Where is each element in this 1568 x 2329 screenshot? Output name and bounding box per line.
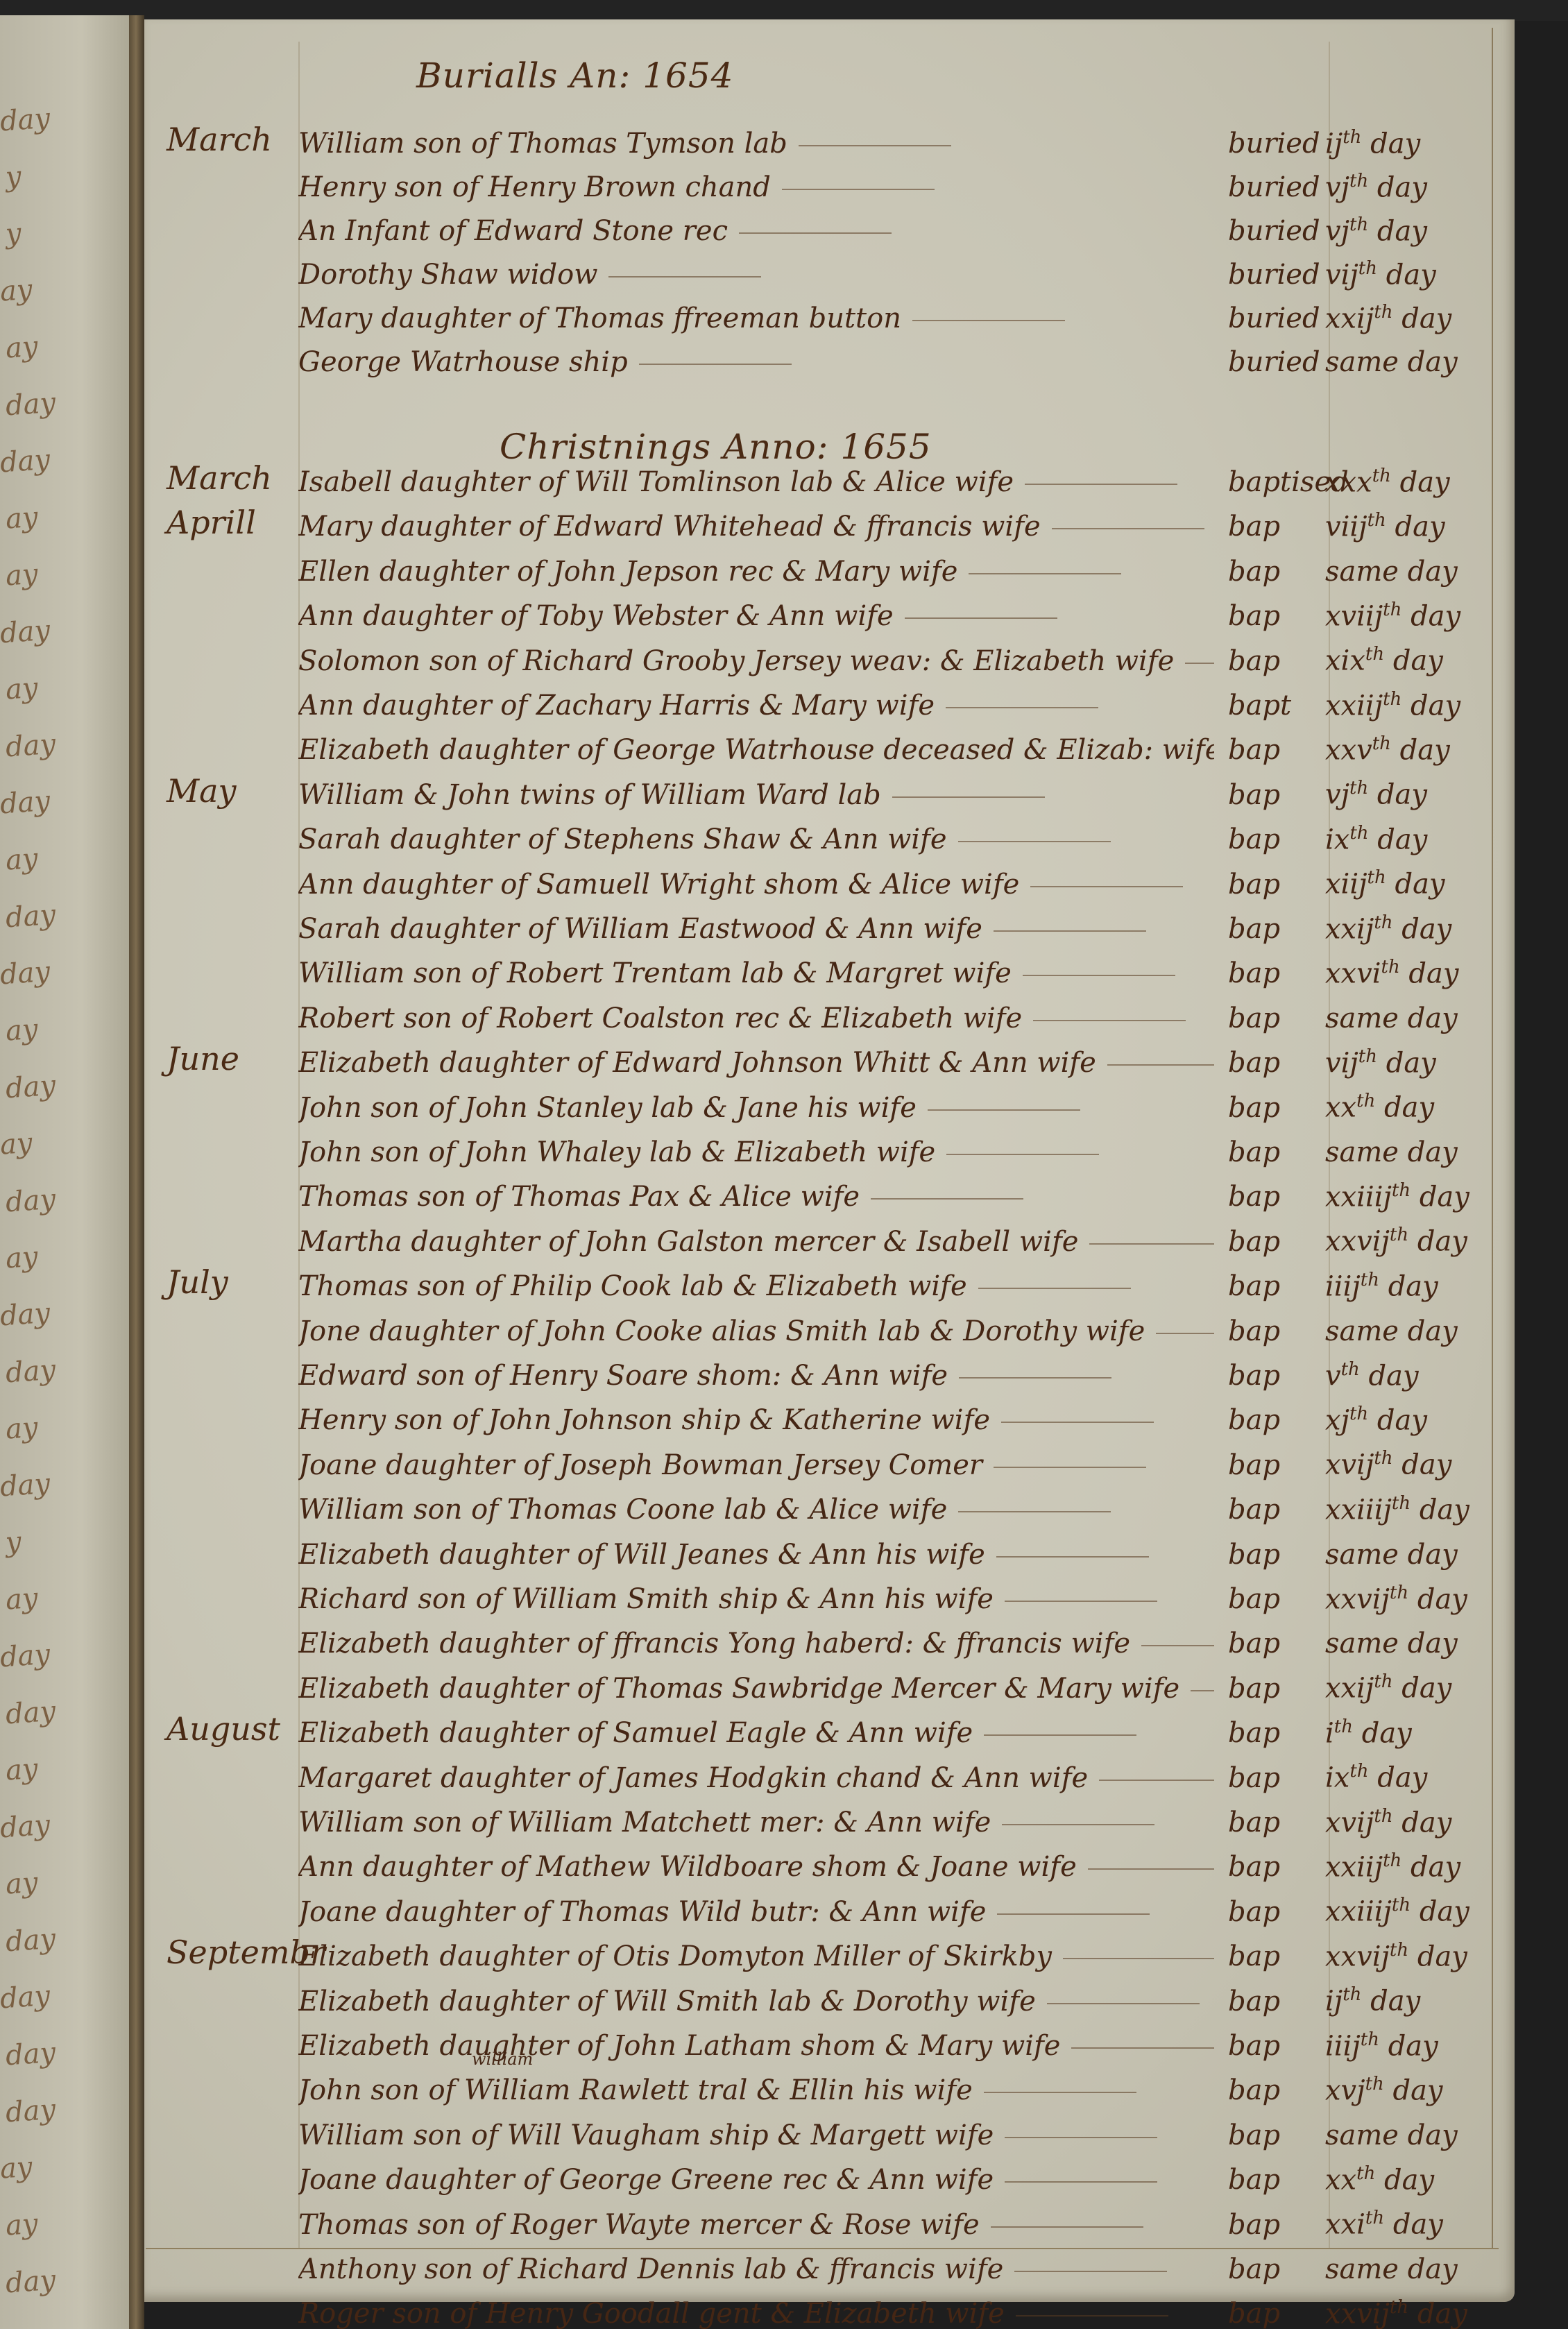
- month-label: May: [167, 772, 237, 810]
- register-entry-row: Ann daughter of Toby Webster & Ann wifeb…: [298, 590, 1499, 632]
- act-label: bap: [1228, 824, 1280, 855]
- entry-text: Ann daughter of Samuell Wright shom & Al…: [298, 869, 1214, 901]
- act-label: bap: [1228, 913, 1280, 945]
- register-entry-row: William son of Thomas Coone lab & Alice …: [298, 1484, 1499, 1526]
- book-gutter: [129, 15, 144, 2329]
- day-of-month: xxvth day: [1325, 733, 1450, 766]
- register-entry-row: Thomas son of Philip Cook lab & Elizabet…: [298, 1261, 1499, 1302]
- day-of-month: xvijth day: [1325, 1806, 1451, 1839]
- day-of-month: vjth day: [1325, 214, 1427, 247]
- month-label: June: [167, 1040, 239, 1077]
- day-of-month: xviijth day: [1325, 599, 1460, 632]
- register-entry-row: William son of Robert Trentam lab & Marg…: [298, 948, 1499, 989]
- entry-text: William son of Robert Trentam lab & Marg…: [298, 957, 1214, 989]
- register-entry-row: Jone daughter of John Cooke alias Smith …: [298, 1306, 1499, 1347]
- act-label: bap: [1228, 1539, 1280, 1571]
- register-entry-row: Solomon son of Richard Grooby Jersey wea…: [298, 635, 1499, 677]
- register-entry-row: Elizabeth daughter of Edward Johnson Whi…: [298, 1037, 1499, 1079]
- line-filler-dash: [639, 364, 792, 365]
- line-filler-dash: [991, 2226, 1143, 2228]
- register-entry-row: William son of William Matchett mer: & A…: [298, 1797, 1499, 1839]
- facing-page-day-fragment: day: [4, 2264, 56, 2300]
- register-entry-row: Ann daughter of Samuell Wright shom & Al…: [298, 859, 1499, 901]
- act-label: bap: [1228, 1003, 1280, 1034]
- register-entry-row: Mary daughter of Edward Whitehead & ffra…: [298, 501, 1499, 543]
- act-label: bap: [1228, 1717, 1280, 1749]
- entry-text: Elizabeth daughter of ffrancis Yong habe…: [298, 1628, 1214, 1660]
- act-label: buried: [1228, 346, 1320, 378]
- day-of-month: same day: [1325, 2119, 1458, 2151]
- line-filler-dash: [1025, 484, 1177, 485]
- entry-text: Roger son of Henry Goodall gent & Elizab…: [298, 2298, 1214, 2329]
- entry-text: Elizabeth daughter of Will Jeanes & Ann …: [298, 1539, 1214, 1571]
- register-entry-row: Edward son of Henry Soare shom: & Ann wi…: [298, 1350, 1499, 1392]
- line-filler-dash: [1001, 1422, 1154, 1423]
- entry-text: Jone daughter of John Cooke alias Smith …: [298, 1315, 1214, 1347]
- act-label: buried: [1228, 128, 1320, 160]
- register-entry-row: Thomas son of Roger Wayte mercer & Rose …: [298, 2199, 1499, 2241]
- line-filler-dash: [1063, 1958, 1214, 1959]
- entry-text: Solomon son of Richard Grooby Jersey wea…: [298, 645, 1214, 677]
- register-entry-row: Dorothy Shaw widowburiedvijth day: [298, 249, 1499, 291]
- day-of-month: same day: [1325, 2253, 1458, 2285]
- entry-text: Henry son of John Johnson ship & Katheri…: [298, 1404, 1214, 1436]
- register-entry-row: William & John twins of William Ward lab…: [298, 769, 1499, 811]
- facing-page-day-fragment: ay: [0, 2151, 33, 2185]
- line-filler-dash: [1047, 2003, 1200, 2004]
- line-filler-dash: [1014, 2271, 1167, 2272]
- entry-text: Anthony son of Richard Dennis lab & ffra…: [298, 2253, 1214, 2285]
- facing-page-day-fragment: day: [4, 2094, 56, 2129]
- entry-text: Thomas son of Philip Cook lab & Elizabet…: [298, 1270, 1214, 1302]
- line-filler-dash: [1005, 2137, 1157, 2138]
- entry-text: William & John twins of William Ward lab: [298, 779, 1214, 811]
- entry-text: Martha daughter of John Galston mercer &…: [298, 1226, 1214, 1258]
- act-label: bap: [1228, 2030, 1280, 2062]
- day-of-month: xxijth day: [1325, 912, 1451, 945]
- entry-text: Elizabeth daughter of John Latham shom &…: [298, 2030, 1214, 2062]
- line-filler-dash: [984, 2092, 1136, 2093]
- facing-page-day-fragment: day: [0, 1639, 51, 1674]
- facing-page-day-fragment: day: [0, 1468, 51, 1503]
- register-entry-row: Richard son of William Smith ship & Ann …: [298, 1573, 1499, 1615]
- entry-text: Ann daughter of Toby Webster & Ann wife: [298, 600, 1214, 632]
- day-of-month: vjth day: [1325, 171, 1427, 203]
- act-label: bap: [1228, 556, 1280, 588]
- entry-text: Ann daughter of Zachary Harris & Mary wi…: [298, 690, 1214, 722]
- entry-text: John son of John Stanley lab & Jane his …: [298, 1092, 1214, 1124]
- register-entry-row: Robert son of Robert Coalston rec & Eliz…: [298, 993, 1499, 1034]
- entry-text: Joane daughter of Thomas Wild butr: & An…: [298, 1896, 1214, 1928]
- entry-text: Henry son of Henry Brown chand: [298, 171, 1214, 203]
- entry-text: Dorothy Shaw widow: [298, 259, 1214, 291]
- register-entry-row: Elizabeth daughter of ffrancis Yong habe…: [298, 1618, 1499, 1660]
- entry-text: Joane daughter of Joseph Bowman Jersey C…: [298, 1449, 1214, 1481]
- act-label: bap: [1228, 645, 1280, 677]
- facing-page-day-fragment: ay: [4, 1013, 39, 1047]
- line-filler-dash: [1141, 1645, 1214, 1646]
- line-filler-dash: [994, 930, 1146, 932]
- act-label: bap: [1228, 1628, 1280, 1660]
- register-entry-row: Henry son of John Johnson ship & Katheri…: [298, 1394, 1499, 1436]
- day-of-month: iiijth day: [1325, 1270, 1438, 1302]
- line-filler-dash: [905, 617, 1057, 619]
- day-of-month: xxiijth day: [1325, 689, 1460, 722]
- facing-page-day-fragment: ay: [4, 672, 39, 706]
- act-label: bap: [1228, 1449, 1280, 1481]
- day-of-month: vijth day: [1325, 1046, 1436, 1079]
- day-of-month: vth day: [1325, 1359, 1419, 1392]
- act-label: buried: [1228, 302, 1320, 334]
- facing-page-day-fragment: ay: [4, 1866, 39, 1900]
- day-of-month: ijth day: [1325, 1984, 1420, 2017]
- facing-page-day-fragment: day: [4, 1184, 56, 1219]
- entry-text: Joane daughter of George Greene rec & An…: [298, 2164, 1214, 2196]
- day-of-month: xxvijth day: [1325, 2297, 1467, 2329]
- entry-text: William son of Will Vaugham ship & Marge…: [298, 2119, 1214, 2151]
- act-label: bap: [1228, 1404, 1280, 1436]
- line-filler-dash: [739, 232, 892, 234]
- act-label: bap: [1228, 2119, 1280, 2151]
- day-of-month: xxvijth day: [1325, 1582, 1467, 1615]
- entry-text: Ellen daughter of John Jepson rec & Mary…: [298, 556, 1214, 588]
- act-label: bap: [1228, 2209, 1280, 2241]
- line-filler-dash: [608, 276, 761, 278]
- entry-text: Robert son of Robert Coalston rec & Eliz…: [298, 1003, 1214, 1034]
- act-label: bap: [1228, 1226, 1280, 1258]
- register-entry-row: An Infant of Edward Stone recburiedvjth …: [298, 205, 1499, 247]
- line-filler-dash: [969, 573, 1121, 574]
- entry-text: George Watrhouse ship: [298, 346, 1214, 378]
- day-of-month: viijth day: [1325, 510, 1445, 543]
- facing-page-day-fragment: ay: [0, 273, 33, 307]
- line-filler-dash: [994, 1467, 1146, 1468]
- facing-page-day-fragment: day: [4, 899, 56, 935]
- register-entry-row: Elizabeth daughter of Thomas Sawbridge M…: [298, 1663, 1499, 1705]
- entry-text: William son of Thomas Tymson lab: [298, 128, 1214, 160]
- day-of-month: xjth day: [1325, 1404, 1427, 1436]
- facing-page-day-fragment: day: [0, 1809, 51, 1845]
- line-filler-dash: [912, 320, 1065, 321]
- facing-page-day-fragment: day: [4, 387, 56, 423]
- line-filler-dash: [984, 1734, 1136, 1736]
- line-filler-dash: [799, 145, 951, 146]
- day-of-month: xxth day: [1325, 2163, 1434, 2196]
- register-entry-row: Sarah daughter of William Eastwood & Ann…: [298, 903, 1499, 945]
- facing-page-day-fragment: day: [4, 2037, 56, 2072]
- day-of-month: vijth day: [1325, 258, 1436, 291]
- act-label: bap: [1228, 1047, 1280, 1079]
- facing-page-day-fragment: ay: [4, 501, 39, 535]
- line-filler-dash: [1185, 663, 1214, 664]
- act-label: bap: [1228, 1986, 1280, 2017]
- register-entry-row: Isabell daughter of Will Tomlinson lab &…: [298, 457, 1499, 498]
- act-label: bap: [1228, 1673, 1280, 1705]
- act-label: bap: [1228, 511, 1280, 543]
- day-of-month: xvijth day: [1325, 1448, 1451, 1481]
- register-entry-row: John son of William Rawlett tral & Ellin…: [298, 2065, 1499, 2106]
- line-filler-dash: [1156, 1333, 1214, 1334]
- month-label: March: [167, 459, 272, 497]
- facing-page-day-fragment: y: [4, 217, 22, 250]
- day-of-month: xixth day: [1325, 644, 1443, 676]
- facing-page-day-fragment: ay: [4, 330, 39, 364]
- day-of-month: ixth day: [1325, 1761, 1427, 1793]
- register-entry-row: Joane daughter of Thomas Wild butr: & An…: [298, 1886, 1499, 1928]
- burials-heading: Burialls An: 1654: [416, 56, 733, 96]
- facing-page-day-fragment: day: [0, 785, 51, 821]
- facing-page-day-fragment: day: [0, 956, 51, 991]
- register-entry-row: Henry son of Henry Brown chandburiedvjth…: [298, 162, 1499, 203]
- day-of-month: ith day: [1325, 1716, 1412, 1749]
- entry-text: William son of Thomas Coone lab & Alice …: [298, 1494, 1214, 1526]
- line-filler-dash: [1033, 1020, 1186, 1021]
- line-filler-dash: [1191, 1690, 1214, 1691]
- day-of-month: vjth day: [1325, 778, 1427, 810]
- entry-text: Mary daughter of Thomas ffreeman button: [298, 302, 1214, 334]
- act-label: bap: [1228, 2253, 1280, 2285]
- day-of-month: xxiiijth day: [1325, 1895, 1469, 1927]
- entry-text: Elizabeth daughter of Edward Johnson Whi…: [298, 1047, 1214, 1079]
- month-label: August: [167, 1710, 280, 1748]
- facing-page-day-fragment: ay: [4, 1240, 39, 1274]
- line-filler-dash: [1089, 1243, 1214, 1245]
- day-of-month: same day: [1325, 1628, 1458, 1660]
- act-label: bap: [1228, 1940, 1280, 1972]
- facing-page-day-fragment: ay: [4, 1582, 39, 1616]
- line-filler-dash: [958, 841, 1111, 842]
- line-filler-dash: [1099, 1780, 1214, 1781]
- act-label: bap: [1228, 1762, 1280, 1794]
- day-of-month: xxvith day: [1325, 957, 1458, 989]
- facing-page-day-fragment: day: [0, 1297, 51, 1333]
- day-of-month: xxxth day: [1325, 466, 1450, 498]
- day-of-month: xiijth day: [1325, 867, 1445, 900]
- register-entry-row: Sarah daughter of Stephens Shaw & Ann wi…: [298, 814, 1499, 855]
- line-filler-dash: [1071, 2047, 1214, 2049]
- register-entry-row: Ann daughter of Zachary Harris & Mary wi…: [298, 680, 1499, 722]
- register-entry-row: Mary daughter of Thomas ffreeman buttonb…: [298, 293, 1499, 334]
- day-of-month: ijth day: [1325, 127, 1420, 160]
- entry-text: Isabell daughter of Will Tomlinson lab &…: [298, 466, 1214, 498]
- act-label: bap: [1228, 1494, 1280, 1526]
- interlineation: william: [472, 2049, 533, 2069]
- act-label: bap: [1228, 1136, 1280, 1168]
- register-entry-row: Joane daughter of Joseph Bowman Jersey C…: [298, 1440, 1499, 1481]
- act-label: bap: [1228, 1092, 1280, 1124]
- month-label: Aprill: [167, 504, 256, 541]
- facing-page-day-fragment: day: [4, 728, 56, 764]
- facing-page-day-fragment: ay: [4, 842, 39, 876]
- day-of-month: xxith day: [1325, 2208, 1443, 2240]
- entry-text: Elizabeth daughter of Will Smith lab & D…: [298, 1986, 1214, 2017]
- entry-text: Ann daughter of Mathew Wildboare shom & …: [298, 1851, 1214, 1883]
- day-of-month: same day: [1325, 1539, 1458, 1571]
- line-filler-dash: [1002, 1824, 1154, 1825]
- entry-text: Margaret daughter of James Hodgkin chand…: [298, 1762, 1214, 1794]
- month-label: July: [167, 1263, 228, 1301]
- line-filler-dash: [997, 1913, 1150, 1915]
- line-filler-dash: [946, 1154, 1099, 1155]
- day-of-month: same day: [1325, 1136, 1458, 1168]
- register-entry-row: Anthony son of Richard Dennis lab & ffra…: [298, 2244, 1499, 2285]
- day-of-month: xxijth day: [1325, 1671, 1451, 1704]
- day-of-month: same day: [1325, 556, 1458, 588]
- act-label: bap: [1228, 2298, 1280, 2329]
- register-entry-row: John son of John Whaley lab & Elizabeth …: [298, 1127, 1499, 1168]
- act-label: bapt: [1228, 690, 1291, 722]
- facing-page-day-fragment: day: [0, 444, 51, 479]
- line-filler-dash: [782, 189, 935, 190]
- act-label: buried: [1228, 171, 1320, 203]
- facing-page-day-fragment: day: [4, 1354, 56, 1390]
- line-filler-dash: [1030, 886, 1183, 887]
- act-label: buried: [1228, 215, 1320, 247]
- act-label: bap: [1228, 869, 1280, 901]
- day-of-month: xxiijth day: [1325, 1850, 1460, 1883]
- facing-page-day-fragment: ay: [4, 1752, 39, 1786]
- entry-text: Thomas son of Thomas Pax & Alice wife: [298, 1181, 1214, 1213]
- register-entry-row: Ann daughter of Mathew Wildboare shom & …: [298, 1841, 1499, 1883]
- day-of-month: same day: [1325, 1315, 1458, 1347]
- register-entry-row: Elizabeth daughter of Samuel Eagle & Ann…: [298, 1707, 1499, 1749]
- line-filler-dash: [1005, 2181, 1157, 2183]
- act-label: bap: [1228, 779, 1280, 811]
- line-filler-dash: [1088, 1868, 1214, 1870]
- scanner-background-top: [0, 0, 1568, 21]
- entry-text: Mary daughter of Edward Whitehead & ffra…: [298, 511, 1214, 543]
- entry-text: William son of William Matchett mer: & A…: [298, 1807, 1214, 1839]
- entry-text: An Infant of Edward Stone rec: [298, 215, 1214, 247]
- entry-text: John son of William Rawlett tral & Ellin…: [298, 2074, 1214, 2106]
- facing-page-day-fragment: day: [0, 103, 51, 138]
- line-filler-dash: [1107, 1064, 1214, 1066]
- register-entry-row: George Watrhouse shipburiedsame day: [298, 336, 1499, 378]
- act-label: bap: [1228, 1360, 1280, 1392]
- line-filler-dash: [1023, 975, 1175, 976]
- facing-page-day-fragment: y: [4, 160, 22, 193]
- act-label: bap: [1228, 734, 1280, 766]
- facing-page-day-fragment: day: [0, 1980, 51, 2015]
- facing-page-day-fragment: ay: [0, 1127, 33, 1161]
- act-label: bap: [1228, 1896, 1280, 1928]
- facing-page-day-fragment: day: [4, 1696, 56, 1731]
- entry-text: Elizabeth daughter of Samuel Eagle & Ann…: [298, 1717, 1214, 1749]
- facing-page-day-fragment: day: [0, 615, 51, 650]
- act-label: bap: [1228, 1315, 1280, 1347]
- act-label: bap: [1228, 1583, 1280, 1615]
- facing-page-day-fragment: y: [4, 1526, 22, 1558]
- day-of-month: xxvijth day: [1325, 1940, 1467, 1972]
- day-of-month: same day: [1325, 346, 1458, 378]
- register-entry-row: Ellen daughter of John Jepson rec & Mary…: [298, 546, 1499, 588]
- entry-text: Elizabeth daughter of George Watrhouse d…: [298, 734, 1214, 766]
- register-entry-row: Elizabeth daughter of Will Smith lab & D…: [298, 1976, 1499, 2017]
- act-label: bap: [1228, 2074, 1280, 2106]
- day-of-month: xxth day: [1325, 1091, 1434, 1123]
- entry-text: Sarah daughter of William Eastwood & Ann…: [298, 913, 1214, 945]
- facing-page-day-fragment: ay: [4, 1411, 39, 1445]
- line-filler-dash: [959, 1377, 1111, 1379]
- entry-text: Elizabeth daughter of Thomas Sawbridge M…: [298, 1673, 1214, 1705]
- line-filler-dash: [1005, 1601, 1157, 1602]
- line-filler-dash: [946, 707, 1098, 708]
- entry-text: Sarah daughter of Stephens Shaw & Ann wi…: [298, 824, 1214, 855]
- entry-text: Elizabeth daughter of Otis Domyton Mille…: [298, 1940, 1214, 1972]
- act-label: bap: [1228, 1181, 1280, 1213]
- facing-page-day-fragment: ay: [4, 2208, 39, 2242]
- month-label: March: [167, 121, 272, 158]
- day-of-month: xxiiijth day: [1325, 1493, 1469, 1526]
- line-filler-dash: [958, 1511, 1111, 1512]
- register-entry-row: Martha daughter of John Galston mercer &…: [298, 1216, 1499, 1258]
- day-of-month: xvjth day: [1325, 2074, 1443, 2106]
- line-filler-dash: [892, 796, 1045, 798]
- line-filler-dash: [1052, 528, 1204, 529]
- register-entry-row: Joane daughter of George Greene rec & An…: [298, 2154, 1499, 2196]
- register-entry-row: John son of John Stanley lab & Jane his …: [298, 1082, 1499, 1124]
- day-of-month: same day: [1325, 1003, 1458, 1034]
- day-of-month: xxijth day: [1325, 302, 1451, 334]
- day-of-month: xxiiijth day: [1325, 1180, 1469, 1213]
- act-label: bap: [1228, 1270, 1280, 1302]
- register-entry-row: Margaret daughter of James Hodgkin chand…: [298, 1752, 1499, 1794]
- entry-text: John son of John Whaley lab & Elizabeth …: [298, 1136, 1214, 1168]
- line-filler-dash: [1016, 2315, 1168, 2317]
- register-entry-row: Elizabeth daughter of George Watrhouse d…: [298, 724, 1499, 766]
- day-of-month: ixth day: [1325, 823, 1427, 855]
- act-label: bap: [1228, 600, 1280, 632]
- entry-text: Edward son of Henry Soare shom: & Ann wi…: [298, 1360, 1214, 1392]
- register-entry-row: Elizabeth daughter of Will Jeanes & Ann …: [298, 1529, 1499, 1571]
- entry-text: Thomas son of Roger Wayte mercer & Rose …: [298, 2209, 1214, 2241]
- line-filler-dash: [978, 1288, 1131, 1289]
- line-filler-dash: [871, 1198, 1023, 1200]
- entry-text: Richard son of William Smith ship & Ann …: [298, 1583, 1214, 1615]
- facing-page-day-fragment: day: [4, 1070, 56, 1105]
- line-filler-dash: [996, 1556, 1149, 1558]
- day-of-month: iiijth day: [1325, 2029, 1438, 2062]
- act-label: buried: [1228, 259, 1320, 291]
- register-entry-row: Roger son of Henry Goodall gent & Elizab…: [298, 2288, 1499, 2329]
- act-label: bap: [1228, 1807, 1280, 1839]
- act-label: bap: [1228, 1851, 1280, 1883]
- register-entry-row: William son of Thomas Tymson labburiedij…: [298, 118, 1499, 160]
- register-entry-row: Elizabeth daughter of Otis Domyton Mille…: [298, 1931, 1499, 1972]
- line-filler-dash: [928, 1109, 1080, 1111]
- facing-page-day-fragment: day: [4, 1923, 56, 1959]
- act-label: bap: [1228, 957, 1280, 989]
- facing-page-day-fragment: ay: [4, 558, 39, 592]
- register-entry-row: Thomas son of Thomas Pax & Alice wifebap…: [298, 1171, 1499, 1213]
- day-of-month: xxvijth day: [1325, 1225, 1467, 1257]
- register-entry-row: William son of Will Vaugham ship & Marge…: [298, 2110, 1499, 2151]
- act-label: bap: [1228, 2164, 1280, 2196]
